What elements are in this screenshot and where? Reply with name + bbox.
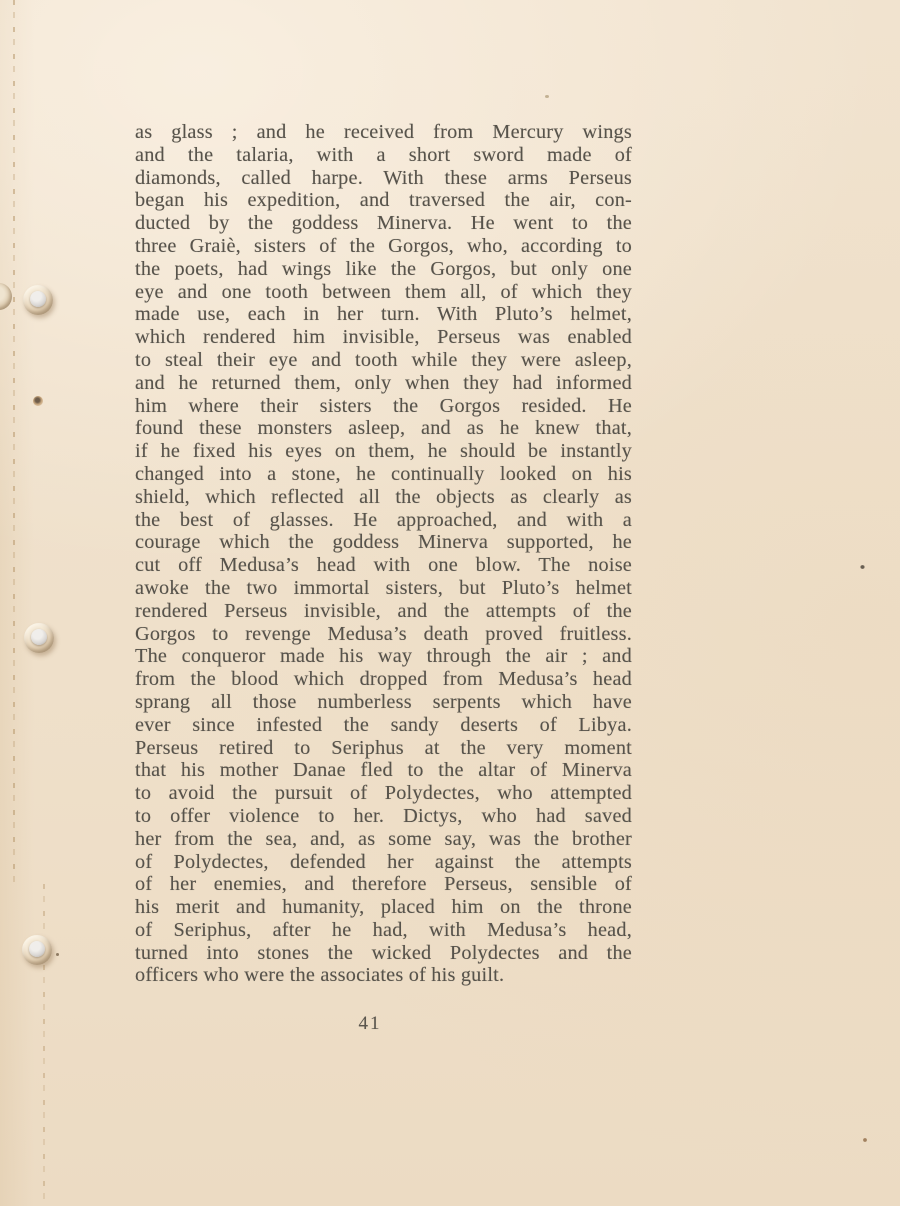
text-line: three Graiè, sisters of the Gorgos, who,… [135, 235, 632, 258]
page-number: 41 [135, 1013, 605, 1035]
text-line: changed into a stone, he continually loo… [135, 463, 632, 486]
text-line: him where their sisters the Gorgos resid… [135, 395, 632, 418]
paper-speck [860, 565, 865, 569]
text-line: the poets, had wings like the Gorgos, bu… [135, 258, 632, 281]
text-line: his merit and humanity, placed him on th… [135, 896, 632, 919]
binding-fastener-middle [24, 623, 54, 653]
text-line: from the blood which dropped from Medusa… [135, 668, 632, 691]
text-line: found these monsters asleep, and as he k… [135, 417, 632, 440]
edge-fastener-partial [0, 283, 12, 310]
text-line: of her enemies, and therefore Perseus, s… [135, 873, 632, 896]
binding-crease-line [13, 0, 15, 884]
text-line: sprang all those numberless serpents whi… [135, 691, 632, 714]
text-line: and the talaria, with a short sword made… [135, 144, 632, 167]
binding-fastener-bottom [22, 935, 52, 965]
text-line: officers who were the associates of his … [135, 964, 632, 987]
text-line: of Polydectes, defended her against the … [135, 851, 632, 874]
fastener-center [30, 291, 46, 307]
text-line: to avoid the pursuit of Polydectes, who … [135, 782, 632, 805]
text-line: awoke the two immortal sisters, but Plut… [135, 577, 632, 600]
fastener-center [29, 941, 45, 957]
text-line: The conqueror made his way through the a… [135, 645, 632, 668]
text-line: of Seriphus, after he had, with Medusa’s… [135, 919, 632, 942]
text-line: cut off Medusa’s head with one blow. The… [135, 554, 632, 577]
text-line: ever since infested the sandy deserts of… [135, 714, 632, 737]
paper-speck [56, 953, 59, 956]
binding-crease-line-lower [43, 884, 45, 1206]
text-line: to offer violence to her. Dictys, who ha… [135, 805, 632, 828]
text-line: and he returned them, only when they had… [135, 372, 632, 395]
text-line: eye and one tooth between them all, of w… [135, 281, 632, 304]
text-line: turned into stones the wicked Polydectes… [135, 942, 632, 965]
binding-fastener-top [23, 285, 53, 315]
text-line: the best of glasses. He approached, and … [135, 509, 632, 532]
text-line: diamonds, called harpe. With these arms … [135, 167, 632, 190]
text-line: shield, which reflected all the objects … [135, 486, 632, 509]
text-line: to steal their eye and tooth while they … [135, 349, 632, 372]
pinhole-mark [33, 396, 43, 406]
text-line: her from the sea, and, as some say, was … [135, 828, 632, 851]
body-text: as glass ; and he received from Mercury … [135, 121, 632, 987]
text-line: began his expedition, and traversed the … [135, 189, 632, 212]
book-page: as glass ; and he received from Mercury … [0, 0, 900, 1206]
text-line: which rendered him invisible, Perseus wa… [135, 326, 632, 349]
paper-speck [863, 1138, 867, 1142]
text-line: courage which the goddess Minerva suppor… [135, 531, 632, 554]
text-line: Gorgos to revenge Medusa’s death proved … [135, 623, 632, 646]
text-line: as glass ; and he received from Mercury … [135, 121, 632, 144]
fastener-center [31, 629, 47, 645]
text-line: made use, each in her turn. With Pluto’s… [135, 303, 632, 326]
text-line: that his mother Danae fled to the altar … [135, 759, 632, 782]
text-line: Perseus retired to Seriphus at the very … [135, 737, 632, 760]
text-line: ducted by the goddess Minerva. He went t… [135, 212, 632, 235]
text-line: rendered Perseus invisible, and the atte… [135, 600, 632, 623]
paper-speck [545, 95, 549, 98]
text-line: if he fixed his eyes on them, he should … [135, 440, 632, 463]
